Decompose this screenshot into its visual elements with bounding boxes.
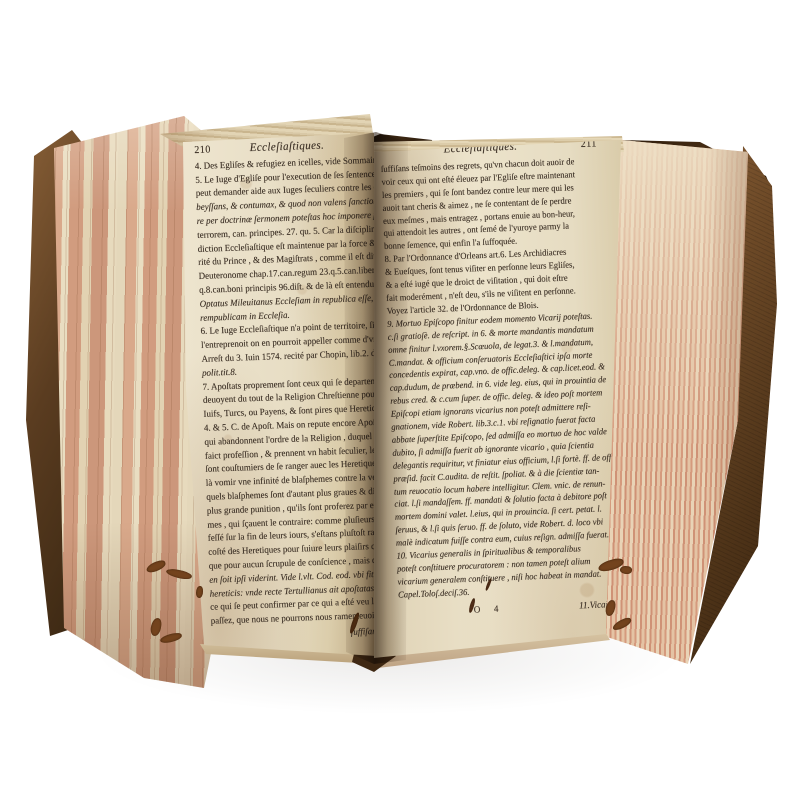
photo-backdrop: 210 Eccleſiaſtiques. 4. Des Egliſes & re… (0, 0, 800, 800)
spacer (211, 151, 250, 152)
right-page-text-block: Eccleſiaſtiques. 211 ſuffiſans teſmoins … (380, 137, 615, 620)
page-number: 210 (194, 143, 211, 157)
right-page: Eccleſiaſtiques. 211 ſuffiſans teſmoins … (372, 136, 622, 664)
signature-mark: O 4 (473, 603, 504, 617)
running-header: Eccleſiaſtiques. (249, 139, 324, 155)
spacer (399, 612, 474, 615)
spacer (504, 608, 579, 611)
spacer (517, 147, 580, 150)
right-text-lines: ſuffiſans teſmoins des regrets, qu'vn ch… (381, 154, 615, 601)
gutter-shadow (336, 124, 412, 670)
